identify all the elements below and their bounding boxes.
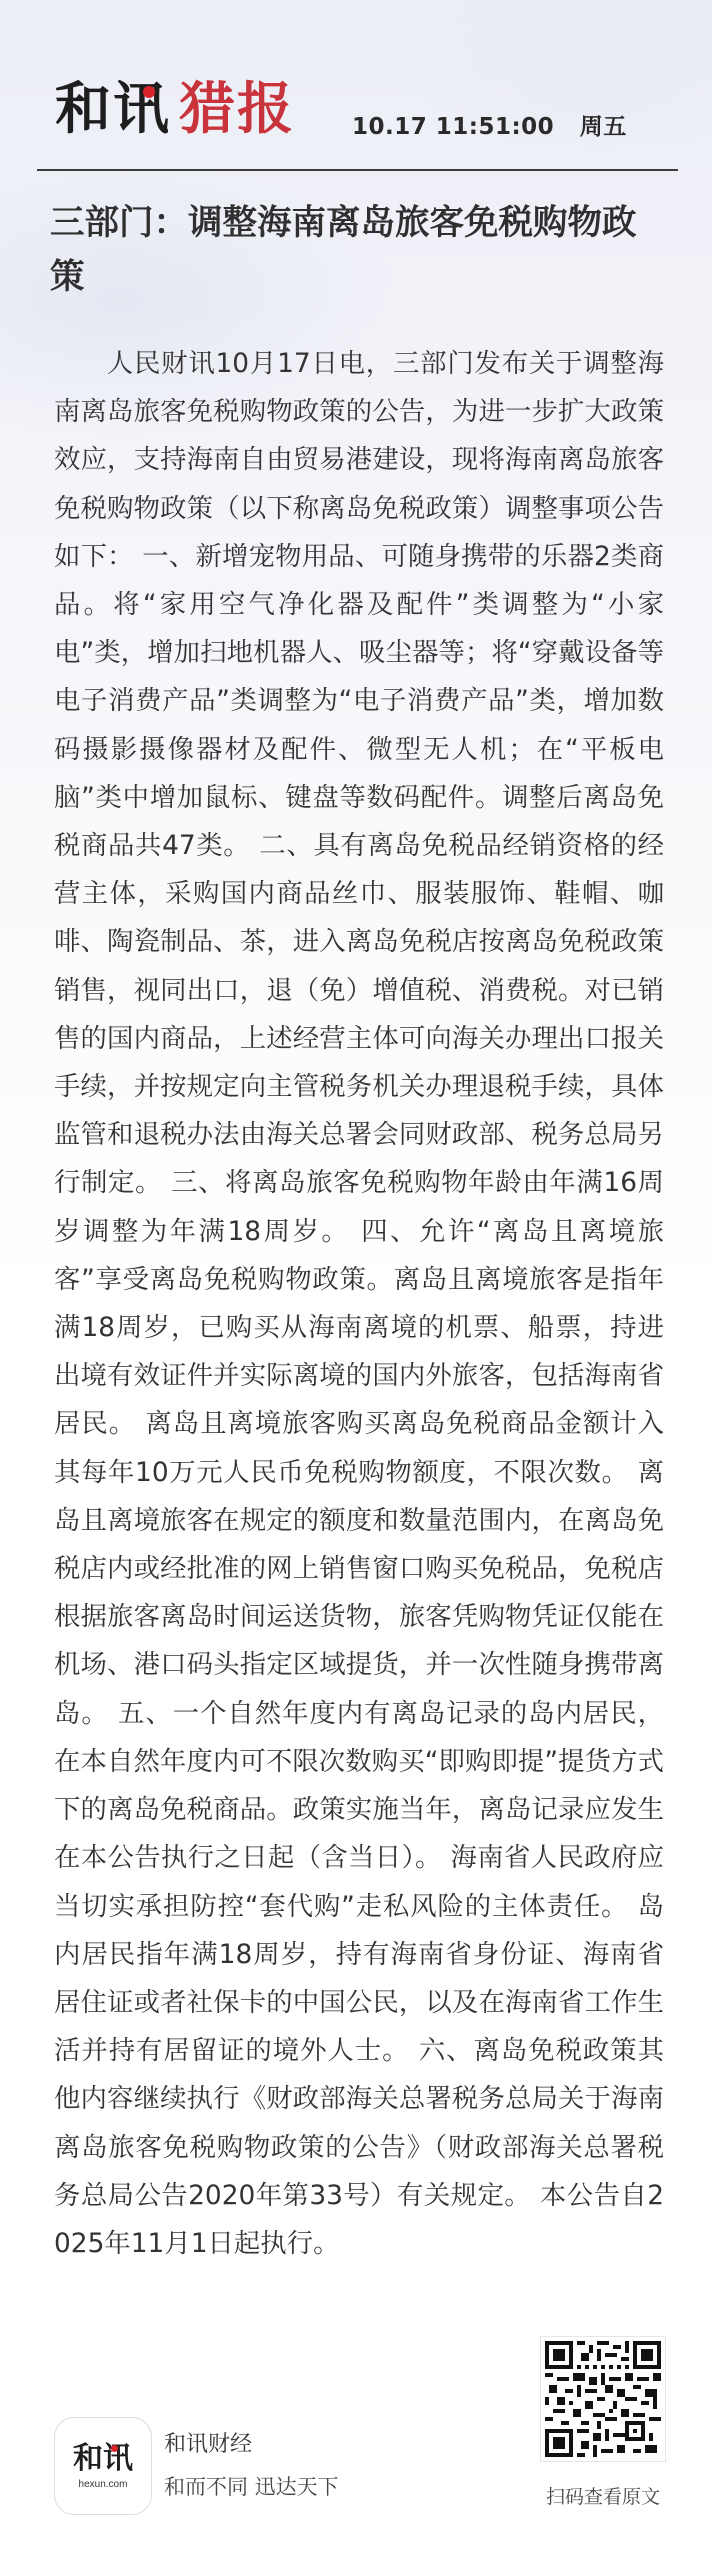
header-divider: [37, 169, 678, 171]
app-icon-red-dot-icon: [111, 2445, 118, 2452]
brand-header: 和讯 猎报: [55, 70, 295, 140]
qr-caption: 扫码查看原文: [546, 2482, 660, 2509]
article-title: 三部门：调整海南离岛旅客免税购物政策: [50, 196, 670, 304]
app-name: 和讯财经: [164, 2430, 339, 2460]
logo-liebao-text: 猎报: [179, 80, 295, 140]
footer-app-branding: 和讯 hexun.com 和讯财经 和而不同 迅达天下: [54, 2417, 339, 2515]
hexun-liebao-logo: 和讯 猎报: [55, 80, 295, 140]
qr-code-icon[interactable]: [540, 2336, 666, 2462]
publish-time: 10.17 11:51:00: [352, 114, 554, 140]
logo-hexun-text: 和讯: [55, 80, 171, 140]
qr-code-graphic: [545, 2341, 661, 2457]
article-body: 人民财讯10月17日电，三部门发布关于调整海南离岛旅客免税购物政策的公告，为进一…: [54, 340, 664, 2268]
app-icon-domain: hexun.com: [79, 2479, 128, 2490]
app-text: 和讯财经 和而不同 迅达天下: [164, 2430, 339, 2502]
logo-red-dot-icon: [143, 86, 155, 98]
publish-weekday: 周五: [580, 114, 627, 140]
publish-datetime: 10.17 11:51:00 周五: [352, 108, 627, 141]
app-icon-logo: 和讯: [73, 2443, 133, 2475]
qr-block: 扫码查看原文: [539, 2336, 667, 2509]
app-slogan: 和而不同 迅达天下: [164, 2472, 339, 2502]
hexun-app-icon: 和讯 hexun.com: [54, 2417, 152, 2515]
